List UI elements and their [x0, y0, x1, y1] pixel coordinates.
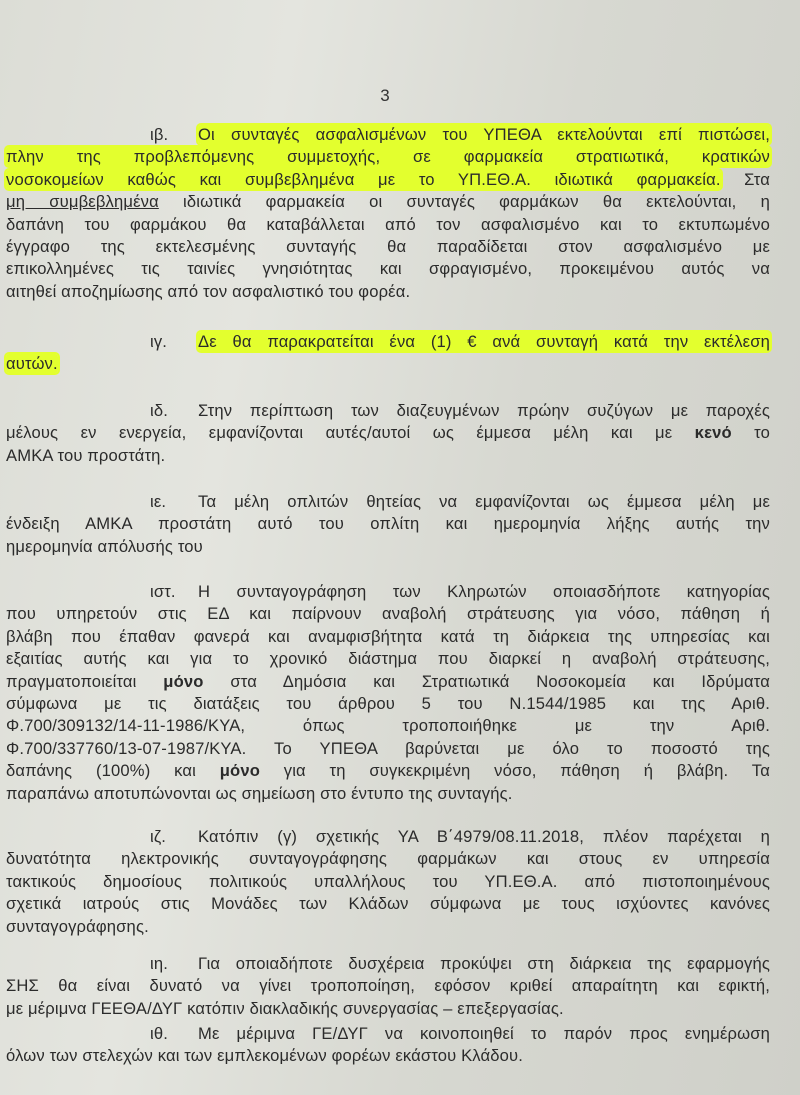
- bold-text: μόνο: [163, 672, 203, 691]
- paragraph-line: ιζ.Κατόπιν (γ) σχετικής ΥΑ Β΄4979/08.11.…: [6, 826, 770, 848]
- paragraph-number: ιθ.: [150, 1023, 198, 1045]
- text: Με μέριμνα ΓΕ/ΔΥΓ να κοινοποιηθεί το παρ…: [198, 1024, 770, 1043]
- text: δαπάνης (100%) και: [6, 761, 196, 780]
- paragraph-line: δαπάνη του φαρμάκου θα καταβάλλεται από …: [6, 214, 770, 236]
- text: ιδιωτικά φαρμακεία οι συνταγές φαρμάκων …: [183, 192, 770, 211]
- paragraph-line: μέλους εν ενεργεία, εμφανίζονται αυτές/α…: [6, 422, 770, 444]
- paragraph-line: παραπάνω αποτυπώνονται ως σημείωση στο έ…: [6, 783, 770, 805]
- paragraph-line: ιβ.Οι συνταγές ασφαλισμένων του ΥΠΕΘΑ εκ…: [6, 124, 770, 146]
- paragraph-line: νοσοκομείων καθώς και συμβεβλημένα με το…: [6, 169, 770, 191]
- paragraph-ih: ιη.Για οποιαδήποτε δυσχέρεια προκύψει στ…: [6, 953, 770, 1020]
- paragraph-line: ημερομηνία απόλυσής του: [6, 536, 770, 558]
- paragraph-line: συνταγογράφησης.: [6, 916, 770, 938]
- paragraph-ith: ιθ.Με μέριμνα ΓΕ/ΔΥΓ να κοινοποιηθεί το …: [6, 1023, 770, 1068]
- paragraph-line: δαπάνης (100%) και μόνο για τη συγκεκριμ…: [6, 760, 770, 782]
- paragraph-line: πραγματοποιείται μόνο στα Δημόσια και Στ…: [6, 671, 770, 693]
- paragraph-line: δυνατότητα ηλεκτρονικής συνταγογράφησης …: [6, 848, 770, 870]
- page-number: 3: [0, 86, 770, 106]
- paragraph-number: ιζ.: [150, 826, 198, 848]
- text: Η συνταγογράφηση των Κληρωτών οποιασδήπο…: [198, 582, 770, 601]
- paragraph-line: ιδ.Στην περίπτωση των διαζευγμένων πρώην…: [6, 400, 770, 422]
- paragraph-number: ιγ.: [150, 331, 198, 353]
- paragraph-line: ιθ.Με μέριμνα ΓΕ/ΔΥΓ να κοινοποιηθεί το …: [6, 1023, 770, 1045]
- bold-text: κενό: [695, 423, 732, 442]
- paragraph-line: τακτικούς δημοσίους πολιτικούς υπαλλήλου…: [6, 871, 770, 893]
- paragraph-line: σύμφωνα με τις διατάξεις του άρθρου 5 το…: [6, 693, 770, 715]
- paragraph-number: ιε.: [150, 491, 198, 513]
- paragraph-line: βλάβη που έπαθαν φανερά και αναμφισβήτητ…: [6, 626, 770, 648]
- paragraph-ib: ιβ.Οι συνταγές ασφαλισμένων του ΥΠΕΘΑ εκ…: [6, 124, 770, 303]
- paragraph-line: Φ.700/337760/13-07-1987/ΚΥΑ. Το ΥΠΕΘΑ βα…: [6, 738, 770, 760]
- paragraph-line: μη συμβεβλημένα ιδιωτικά φαρμακεία οι συ…: [6, 191, 770, 213]
- highlighted-text: Οι συνταγές ασφαλισμένων του ΥΠΕΘΑ εκτελ…: [198, 125, 770, 144]
- paragraph-id: ιδ.Στην περίπτωση των διαζευγμένων πρώην…: [6, 400, 770, 467]
- paragraph-line: ένδειξη ΑΜΚΑ προστάτη αυτό του οπλίτη κα…: [6, 513, 770, 535]
- text: μέλους εν ενεργεία, εμφανίζονται αυτές/α…: [6, 423, 672, 442]
- paragraph-line: αυτών.: [6, 353, 770, 375]
- text: στα Δημόσια και Στρατιωτικά Νοσοκομεία κ…: [230, 672, 770, 691]
- text: Στα: [744, 170, 770, 189]
- bold-text: μόνο: [220, 761, 260, 780]
- paragraph-line: ιε.Τα μέλη οπλιτών θητείας να εμφανίζοντ…: [6, 491, 770, 513]
- highlighted-text: πλην της προβλεπόμενης συμμετοχής, σε φα…: [6, 147, 770, 166]
- paragraph-line: αιτηθεί αποζημίωσης από τον ασφαλιστικό …: [6, 281, 770, 303]
- paragraph-number: ιδ.: [150, 400, 198, 422]
- paragraph-number: ιστ.: [150, 581, 198, 603]
- paragraph-ie: ιε.Τα μέλη οπλιτών θητείας να εμφανίζοντ…: [6, 491, 770, 558]
- paragraph-line: ΣΗΣ θα είναι δυνατό να γίνει τροποποίηση…: [6, 975, 770, 997]
- paragraph-line: έγγραφο της εκτελεσμένης συνταγής θα παρ…: [6, 236, 770, 258]
- paragraph-number: ιη.: [150, 953, 198, 975]
- paragraph-iz: ιζ.Κατόπιν (γ) σχετικής ΥΑ Β΄4979/08.11.…: [6, 826, 770, 938]
- paragraph-line: επικολλημένες τις ταινίες γνησιότητας κα…: [6, 258, 770, 280]
- document-page: 3 ιβ.Οι συνταγές ασφαλισμένων του ΥΠΕΘΑ …: [0, 0, 800, 1095]
- highlighted-text: νοσοκομείων καθώς και συμβεβλημένα με το…: [6, 170, 721, 189]
- text: Στην περίπτωση των διαζευγμένων πρώην συ…: [198, 401, 770, 420]
- paragraph-line: ΑΜΚΑ του προστάτη.: [6, 445, 770, 467]
- paragraph-line: εξαιτίας αυτής και για το χρονικό διάστη…: [6, 648, 770, 670]
- text: πραγματοποιείται: [6, 672, 136, 691]
- paragraph-line: ιγ.Δε θα παρακρατείται ένα (1) € ανά συν…: [6, 331, 770, 353]
- text: για τη συγκεκριμένη νόσο, πάθηση ή βλάβη…: [284, 761, 770, 780]
- paragraph-ig: ιγ.Δε θα παρακρατείται ένα (1) € ανά συν…: [6, 331, 770, 376]
- paragraph-line: Φ.700/309132/14-11-1986/ΚΥΑ, όπως τροποπ…: [6, 715, 770, 737]
- highlighted-text: αυτών.: [6, 354, 58, 373]
- paragraph-number: ιβ.: [150, 124, 198, 146]
- text: Για οποιαδήποτε δυσχέρεια προκύψει στη δ…: [198, 954, 770, 973]
- text: Τα μέλη οπλιτών θητείας να εμφανίζονται …: [198, 492, 770, 511]
- paragraph-line: με μέριμνα ΓΕΕΘΑ/ΔΥΓ κατόπιν διακλαδικής…: [6, 998, 770, 1020]
- underlined-text: μη συμβεβλημένα: [6, 192, 159, 211]
- paragraph-line: όλων των στελεχών και των εμπλεκομένων φ…: [6, 1045, 770, 1067]
- text: Κατόπιν (γ) σχετικής ΥΑ Β΄4979/08.11.201…: [198, 827, 770, 846]
- paragraph-line: ιστ.Η συνταγογράφηση των Κληρωτών οποιασ…: [6, 581, 770, 603]
- paragraph-line: πλην της προβλεπόμενης συμμετοχής, σε φα…: [6, 146, 770, 168]
- text: το: [754, 423, 770, 442]
- paragraph-line: σχετικά ιατρούς στις Μονάδες των Κλάδων …: [6, 893, 770, 915]
- paragraph-ist: ιστ.Η συνταγογράφηση των Κληρωτών οποιασ…: [6, 581, 770, 805]
- paragraph-line: που υπηρετούν στις ΕΔ και παίρνουν αναβο…: [6, 603, 770, 625]
- highlighted-text: Δε θα παρακρατείται ένα (1) € ανά συνταγ…: [198, 332, 770, 351]
- paragraph-line: ιη.Για οποιαδήποτε δυσχέρεια προκύψει στ…: [6, 953, 770, 975]
